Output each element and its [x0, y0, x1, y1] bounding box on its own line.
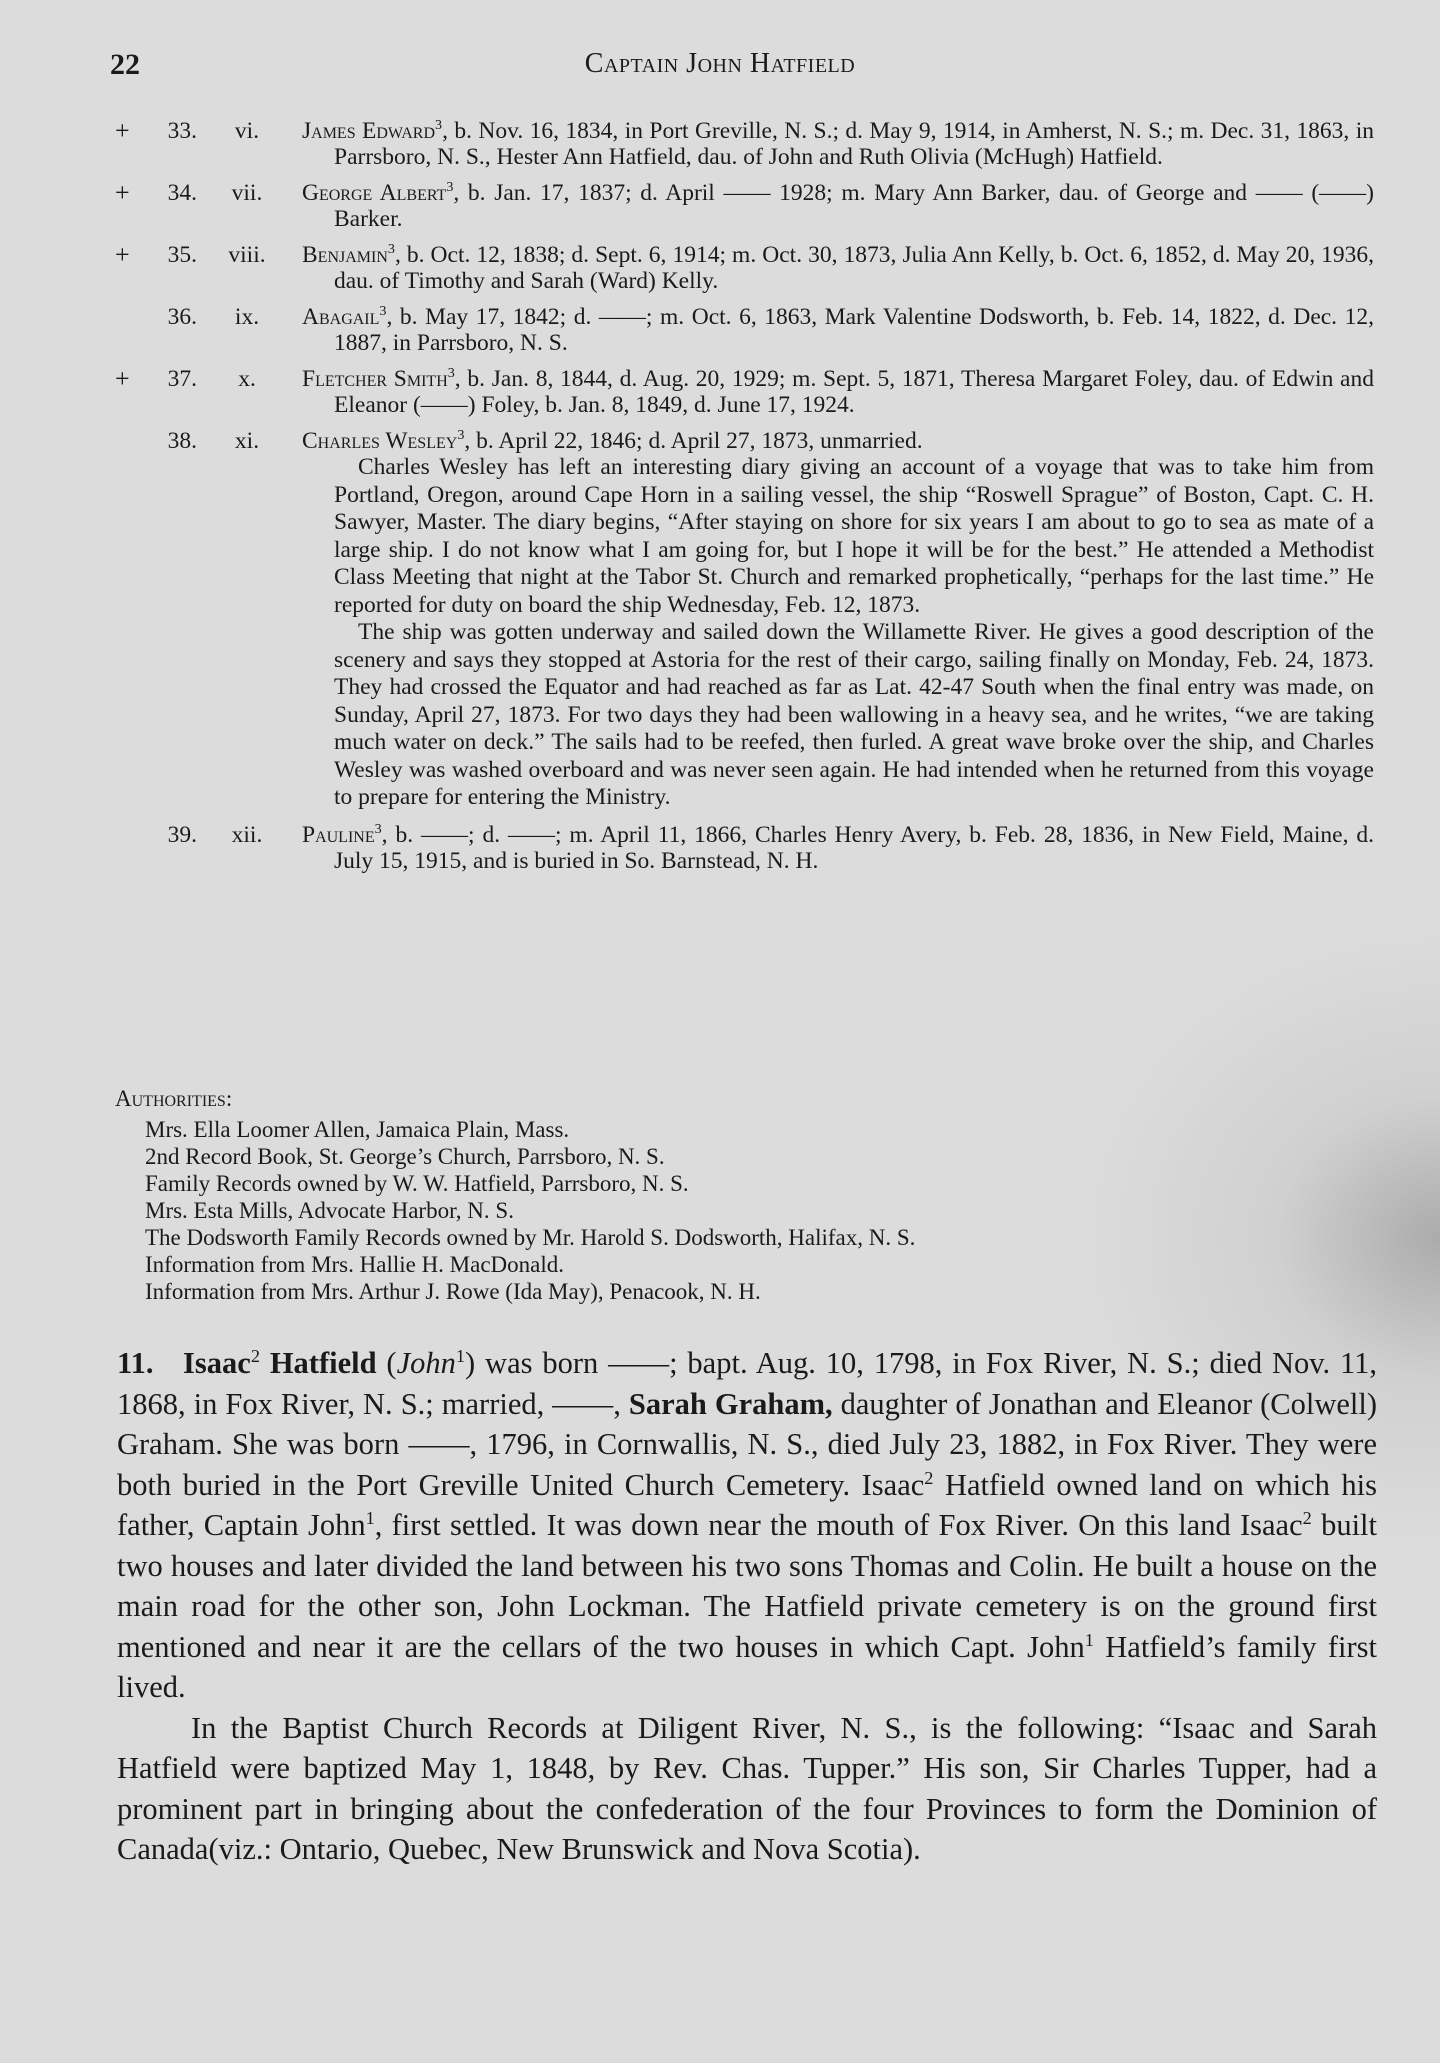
birth-order: ix. — [220, 304, 274, 330]
generation-sup: 1 — [1085, 1629, 1094, 1649]
entry-body: Abagail3, b. May 17, 1842; d. ——; m. Oct… — [302, 304, 1374, 356]
child-entry: + 35. viii. Benjamin3, b. Oct. 12, 1838;… — [0, 242, 1440, 294]
note-paragraph: Charles Wesley has left an interesting d… — [334, 454, 1374, 619]
authority-item: The Dodsworth Family Records owned by Mr… — [145, 1224, 915, 1251]
child-entry: + 34. vii. George Albert3, b. Jan. 17, 1… — [0, 180, 1440, 232]
birth-order: xi. — [220, 428, 274, 454]
entry-text: , b. ——; d. ——; m. April 11, 1866, Charl… — [334, 822, 1374, 874]
entry-number: 38. — [155, 428, 197, 454]
birth-order: viii. — [220, 242, 274, 268]
main-entry-surname: Hatfield — [270, 1346, 377, 1380]
baptism-paragraph: In the Baptist Church Records at Diligen… — [117, 1708, 1377, 1870]
authority-item: Mrs. Esta Mills, Advocate Harbor, N. S. — [145, 1197, 915, 1224]
entry-body: Charles Wesley3, b. April 22, 1846; d. A… — [302, 428, 1374, 454]
authority-item: Mrs. Ella Loomer Allen, Jamaica Plain, M… — [145, 1116, 915, 1143]
child-entry: + 33. vi. James Edward3, b. Nov. 16, 183… — [0, 118, 1440, 170]
authorities-section: Authorities: Mrs. Ella Loomer Allen, Jam… — [115, 1085, 915, 1305]
generation-sup: 3 — [388, 241, 395, 257]
main-text-span: , first settled. It was down near the mo… — [375, 1508, 1303, 1542]
has-descendants-marker: + — [115, 242, 130, 268]
note-paragraph: The ship was gotten underway and sailed … — [334, 619, 1374, 812]
entry-number: 39. — [155, 822, 197, 848]
child-entry: 36. ix. Abagail3, b. May 17, 1842; d. ——… — [0, 304, 1440, 356]
child-name: Benjamin — [302, 242, 388, 268]
entry-body: James Edward3, b. Nov. 16, 1834, in Port… — [302, 118, 1374, 170]
parent-name: John — [397, 1346, 456, 1380]
book-page: 22 Captain John Hatfield + 33. vi. James… — [0, 0, 1440, 2063]
birth-order: vii. — [220, 180, 274, 206]
child-name: James Edward — [302, 118, 435, 144]
entry-text: , b. April 22, 1846; d. April 27, 1873, … — [464, 428, 922, 454]
child-entries: + 33. vi. James Edward3, b. Nov. 16, 183… — [0, 118, 1440, 884]
child-entry: 39. xii. Pauline3, b. ——; d. ——; m. Apri… — [0, 822, 1440, 874]
main-entry-number: 11. — [117, 1346, 153, 1380]
running-title: Captain John Hatfield — [110, 48, 1440, 80]
entry-number: 35. — [155, 242, 197, 268]
generation-sup: 3 — [448, 365, 455, 381]
generation-sup: 3 — [375, 821, 382, 837]
child-name: Charles Wesley — [302, 428, 457, 454]
birth-order: x. — [220, 366, 274, 392]
main-entry-name: Isaac — [183, 1346, 251, 1380]
authority-item: Information from Mrs. Hallie H. MacDonal… — [145, 1251, 915, 1278]
child-entry: + 37. x. Fletcher Smith3, b. Jan. 8, 184… — [0, 366, 1440, 418]
entry-text: , b. Jan. 17, 1837; d. April —— 1928; m.… — [334, 180, 1374, 232]
generation-sup: 1 — [456, 1346, 465, 1366]
entry-number: 36. — [155, 304, 197, 330]
authority-item: Family Records owned by W. W. Hatfield, … — [145, 1170, 915, 1197]
has-descendants-marker: + — [115, 366, 130, 392]
spouse-name: Sarah Graham, — [629, 1387, 833, 1421]
authority-item: Information from Mrs. Arthur J. Rowe (Id… — [145, 1278, 915, 1305]
entry-body: Benjamin3, b. Oct. 12, 1838; d. Sept. 6,… — [302, 242, 1374, 294]
entry-number: 33. — [155, 118, 197, 144]
birth-order: vi. — [220, 118, 274, 144]
main-entry-paragraph: 11. Isaac2 Hatfield (John1) was born ——;… — [117, 1343, 1377, 1708]
child-entry: 38. xi. Charles Wesley3, b. April 22, 18… — [0, 428, 1440, 812]
generation-sup: 2 — [1303, 1508, 1312, 1528]
entry-number: 34. — [155, 180, 197, 206]
entry-text: , b. Oct. 12, 1838; d. Sept. 6, 1914; m.… — [334, 242, 1374, 294]
entry-text: , b. Nov. 16, 1834, in Port Greville, N.… — [334, 118, 1374, 170]
entry-text: , b. May 17, 1842; d. ——; m. Oct. 6, 186… — [334, 304, 1374, 356]
entry-body: Pauline3, b. ——; d. ——; m. April 11, 186… — [302, 822, 1374, 874]
generation-sup: 2 — [251, 1346, 260, 1366]
diary-note: Charles Wesley has left an interesting d… — [334, 454, 1374, 812]
authority-item: 2nd Record Book, St. George’s Church, Pa… — [145, 1143, 915, 1170]
running-head: 22 Captain John Hatfield — [110, 48, 1440, 88]
entry-number: 37. — [155, 366, 197, 392]
main-entry: 11. Isaac2 Hatfield (John1) was born ——;… — [117, 1343, 1377, 1870]
entry-text: , b. Jan. 8, 1844, d. Aug. 20, 1929; m. … — [334, 366, 1374, 418]
entry-body: Fletcher Smith3, b. Jan. 8, 1844, d. Aug… — [302, 366, 1374, 418]
generation-sup: 1 — [366, 1508, 375, 1528]
child-name: Pauline — [302, 822, 375, 848]
child-name: Fletcher Smith — [302, 366, 448, 392]
authorities-list: Mrs. Ella Loomer Allen, Jamaica Plain, M… — [145, 1116, 915, 1305]
has-descendants-marker: + — [115, 180, 130, 206]
birth-order: xii. — [220, 822, 274, 848]
child-name: George Albert — [302, 180, 446, 206]
authorities-heading: Authorities: — [115, 1085, 915, 1112]
entry-body: George Albert3, b. Jan. 17, 1837; d. Apr… — [302, 180, 1374, 232]
has-descendants-marker: + — [115, 118, 130, 144]
child-name: Abagail — [302, 304, 379, 330]
